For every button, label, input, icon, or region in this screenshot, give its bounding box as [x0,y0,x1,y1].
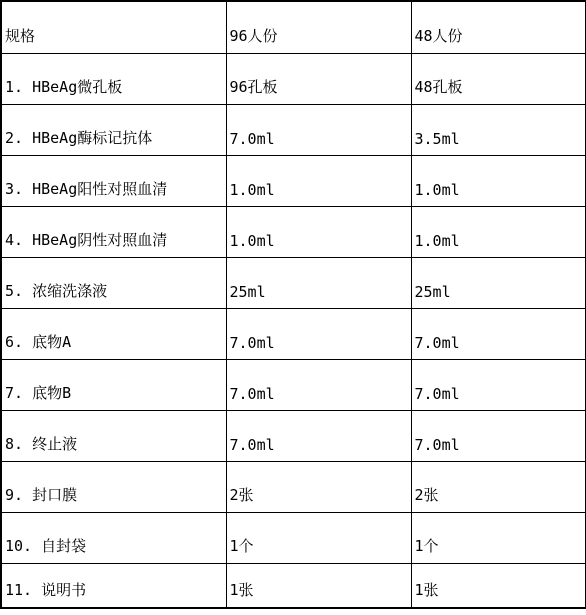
item-name-cell: 1. HBeAg微孔板 [1,53,226,104]
qty-96-cell: 25ml [226,257,411,308]
item-name-cell: 4. HBeAg阴性对照血清 [1,206,226,257]
item-name-cell: 2. HBeAg酶标记抗体 [1,104,226,155]
header-48-cell: 48人份 [411,1,586,53]
qty-96-cell: 1.0ml [226,206,411,257]
table-row: 3. HBeAg阳性对照血清 1.0ml 1.0ml [1,155,586,206]
qty-48-cell: 48孔板 [411,53,586,104]
qty-48-cell: 3.5ml [411,104,586,155]
item-name-cell: 3. HBeAg阳性对照血清 [1,155,226,206]
spec-table: 规格 96人份 48人份 1. HBeAg微孔板 96孔板 48孔板 2. HB… [0,0,586,609]
item-name-cell: 8. 终止液 [1,410,226,461]
qty-48-cell: 7.0ml [411,359,586,410]
qty-96-cell: 2张 [226,461,411,512]
qty-48-cell: 2张 [411,461,586,512]
table-header-row: 规格 96人份 48人份 [1,1,586,53]
table-row: 10. 自封袋 1个 1个 [1,512,586,563]
qty-96-cell: 96孔板 [226,53,411,104]
qty-96-cell: 7.0ml [226,308,411,359]
table-row: 1. HBeAg微孔板 96孔板 48孔板 [1,53,586,104]
qty-96-cell: 1个 [226,512,411,563]
qty-48-cell: 7.0ml [411,410,586,461]
table-row: 4. HBeAg阴性对照血清 1.0ml 1.0ml [1,206,586,257]
qty-96-cell: 1.0ml [226,155,411,206]
qty-48-cell: 1张 [411,563,586,608]
qty-48-cell: 1.0ml [411,206,586,257]
qty-96-cell: 7.0ml [226,104,411,155]
table-row: 2. HBeAg酶标记抗体 7.0ml 3.5ml [1,104,586,155]
table-row: 7. 底物B 7.0ml 7.0ml [1,359,586,410]
qty-48-cell: 7.0ml [411,308,586,359]
table-row: 5. 浓缩洗涤液 25ml 25ml [1,257,586,308]
item-name-cell: 9. 封口膜 [1,461,226,512]
header-spec-cell: 规格 [1,1,226,53]
item-name-cell: 6. 底物A [1,308,226,359]
table-row: 9. 封口膜 2张 2张 [1,461,586,512]
table-row: 6. 底物A 7.0ml 7.0ml [1,308,586,359]
item-name-cell: 5. 浓缩洗涤液 [1,257,226,308]
item-name-cell: 7. 底物B [1,359,226,410]
item-name-cell: 10. 自封袋 [1,512,226,563]
table-row: 8. 终止液 7.0ml 7.0ml [1,410,586,461]
qty-48-cell: 1.0ml [411,155,586,206]
qty-96-cell: 1张 [226,563,411,608]
qty-48-cell: 25ml [411,257,586,308]
header-96-cell: 96人份 [226,1,411,53]
qty-48-cell: 1个 [411,512,586,563]
qty-96-cell: 7.0ml [226,359,411,410]
item-name-cell: 11. 说明书 [1,563,226,608]
table-row: 11. 说明书 1张 1张 [1,563,586,608]
qty-96-cell: 7.0ml [226,410,411,461]
